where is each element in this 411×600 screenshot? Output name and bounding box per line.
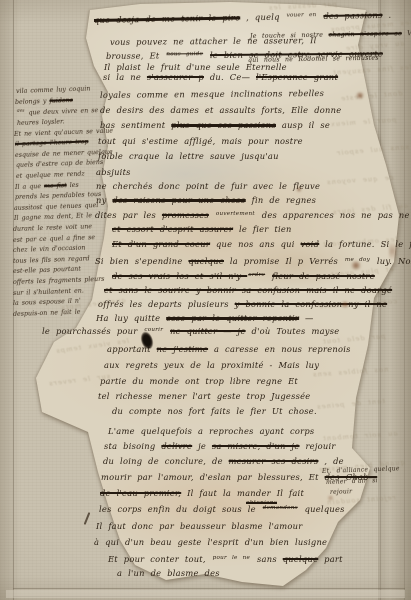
manuscript-line: le pourchassés pour courir ne quitter — … (42, 326, 339, 336)
margin-note: chez le vin d'occasion (13, 244, 86, 254)
manuscript-line: et essort d'esprit assurer le fier tien (112, 224, 292, 234)
bleedthrough-line: tant de peines (316, 397, 385, 411)
margin-note: Il gagne ma dent, Et le (14, 212, 92, 222)
bleedthrough-line: pour le mieux (330, 116, 397, 129)
margin-note: sur il s'huilantent en. (13, 288, 84, 297)
stain-spot (327, 495, 334, 501)
manuscript-line: dites par les promesses ouvertement des … (95, 210, 411, 220)
manuscript-page: par dessus les ses menus propos au vray … (0, 0, 411, 600)
margin-note: aussitost que tenues quel (14, 202, 99, 212)
manuscript-line: Ha luy quitte esse par le quitter repent… (96, 313, 314, 323)
manuscript-line: Je touche si nostre chagrin n'espère se … (250, 30, 411, 40)
manuscript-line: Il faut donc par beausseur blasme l'amou… (96, 521, 302, 531)
margin-note: despuis-on ne fait le (13, 309, 81, 318)
margin-note: tous les fils son regard (13, 255, 90, 265)
margin-note: est-elle pas pourtant (13, 266, 81, 275)
margin-note: et quelque me rendz (16, 171, 85, 180)
manuscript-line: et sans le sourire y bonnir sa confusion… (104, 285, 392, 295)
manuscript-line: loyales comme en mesque inclinations reb… (100, 88, 324, 100)
bleedthrough-line: les fins essuyent (332, 63, 411, 77)
margin-note: il partage l'heure trop (15, 138, 89, 148)
manuscript-line: Et d'un grand coeur que nos ans qui void… (112, 239, 411, 249)
manuscript-line: sta bisoing delivre je sa misere, d'un j… (104, 441, 336, 451)
manuscript-line: qui nous ne Rodomel se rendustes (248, 55, 379, 64)
margin-note: est par ce quel a fine se (13, 234, 95, 244)
manuscript-line: de l'eau premier, Il faut la mander Il f… (100, 488, 304, 498)
margin-note: belongs y fuidons (15, 97, 73, 106)
margin-note: Il a que me fist les (15, 182, 79, 191)
bleedthrough-line: ce que voyons (326, 174, 394, 187)
margin-note: des que deux vivre en se (16, 106, 98, 117)
bleedthrough-line: nos foibles sens (312, 365, 389, 378)
stain-spot (341, 301, 349, 308)
right-margin-note: rejouir (330, 488, 353, 496)
manuscript-line: foible craque la lettre sauve jusqu'au (98, 151, 279, 161)
manuscript-line: obtenions (246, 500, 277, 506)
right-margin-note: Et. d'alliance quelque (322, 465, 400, 475)
margin-note: heures loysler. (17, 118, 65, 127)
manuscript-line: tel richesse mener l'art geste trop Juge… (98, 391, 310, 401)
manuscript-line: Si bien s'ependine quelque la promise Il… (95, 256, 411, 266)
margin-note: quels d'estre cap de biens (16, 159, 103, 169)
manuscript-line: a l'un de blasme des (117, 568, 220, 578)
manuscript-line: aux regrets yeux de la proximité - Mais … (104, 360, 319, 370)
manuscript-line: de desirs des dames et assaults forts, E… (100, 105, 341, 115)
manuscript-line: à qui d'un beau geste l'esprit d'un bien… (94, 537, 327, 547)
margin-note: prends les pendables tous (15, 191, 101, 201)
manuscript-line: ne cherchés donc point de fuir avec le f… (96, 181, 320, 191)
margin-note: durant le reste voit une (13, 223, 92, 233)
manuscript-line: absjuits (96, 167, 131, 177)
manuscript-line: du compte nos fort faits le fier Ut chos… (112, 406, 317, 416)
manuscript-line: tout qui s'estime affligé, mais pour nos… (98, 136, 303, 146)
stain-streak (389, 238, 396, 264)
manuscript-line: partie du monde ont trop libre regne Et (100, 376, 298, 386)
bleedthrough-line: sans nul espoir (336, 143, 409, 157)
manuscript-line: ny des raisons pour une chose fin de reg… (96, 195, 316, 205)
manuscript-line: de ses vrais los et s'il n'y ordre fleur… (112, 271, 375, 281)
manuscript-line: L'ame quelquefois a reproches ayant corp… (108, 426, 314, 436)
manuscript-line: bas sentiment plus que ses passions ausp… (100, 120, 330, 130)
manuscript-line: les corps enfin du doigt sous le demando… (99, 504, 345, 514)
right-margin-note: mener d'air si (326, 477, 378, 486)
manuscript-line: Et pour conter tout, pour le ne sans que… (108, 554, 343, 564)
manuscript-line: du loing de conclure, de mesurer ses des… (103, 456, 344, 466)
margin-note: offerts les fragments pleurs (13, 276, 105, 286)
ink-layer: par dessus les ses menus propos au vray … (0, 0, 411, 600)
stain-spot (350, 261, 362, 270)
stain-spot (355, 92, 365, 99)
stain-spot (296, 187, 302, 192)
margin-note: vila comme luy coquin (16, 85, 91, 95)
bleedthrough-line: dont le reste (340, 89, 403, 102)
manuscript-line: si la ne s'asseurer p du. Ce— l'Esperanc… (103, 72, 338, 82)
manuscript-line: que desja de me tenir le pire , quelq vo… (94, 10, 391, 25)
